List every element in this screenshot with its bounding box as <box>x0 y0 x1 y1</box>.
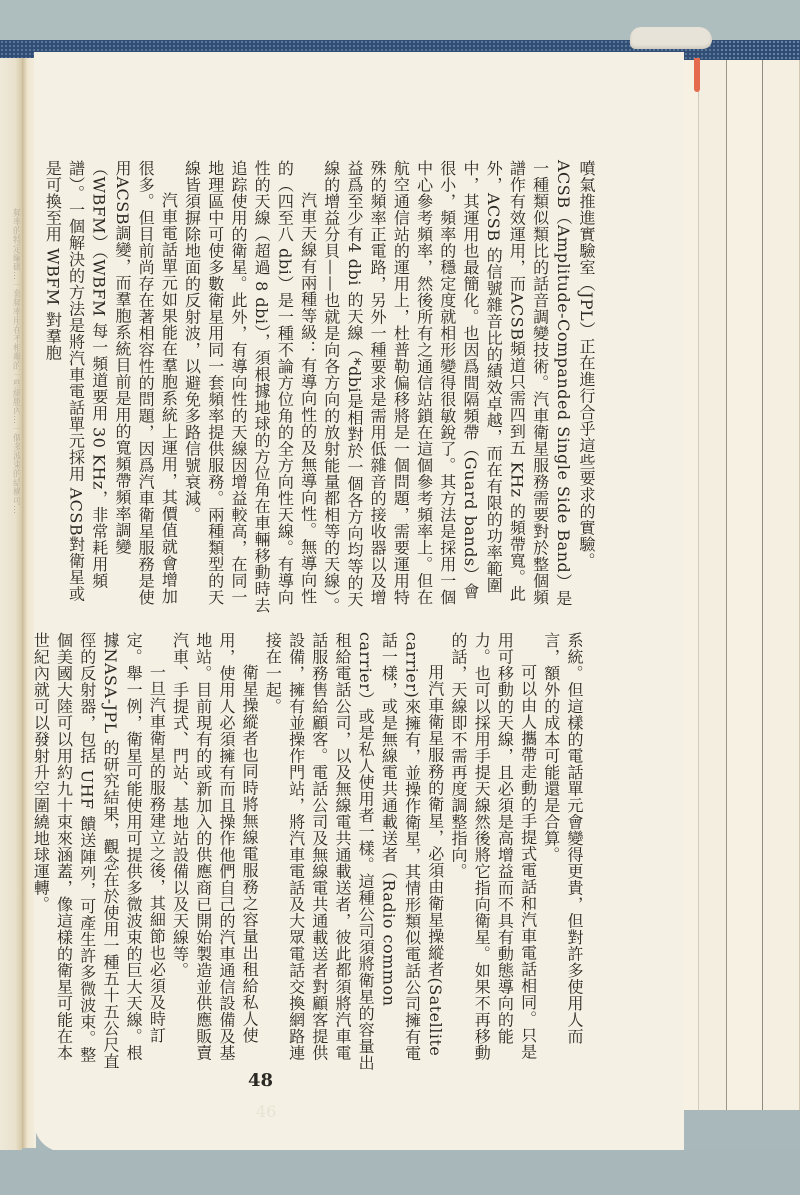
facing-page-edge: 頻率的特定編碼…一套頻率用在不相鄰的一些細胞內…一個多波束的結構可… <box>0 58 22 1158</box>
facing-page-text: 頻率的特定編碼…一套頻率用在不相鄰的一些細胞內…一個多波束的結構可… <box>2 208 20 1108</box>
bottom-text-block: 系統。但這樣的電話單元會變得更貴，但對許多使用人而言，額外的成本可能還是合算。 … <box>58 632 586 1072</box>
paragraph: 汽車電話單元如果能在羣胞系統上運用，其價值就會增加很多。但目前尚存在著相容性的問… <box>41 160 180 615</box>
show-through-page-number: 46 <box>256 1102 276 1121</box>
ribbon-bookmark <box>694 58 700 92</box>
paragraph: 系統。但這樣的電話單元會變得更貴，但對許多使用人而言，額外的成本可能還是合算。 <box>540 632 586 1072</box>
paragraph: 衛星操縱者也同時將無線電服務之容量出租給私人使用，使用人必須擁有而且操作他們自己… <box>168 632 261 1072</box>
page-number: 48 <box>248 1070 273 1091</box>
paragraph: 可以由人攜帶走動的手提式電話和汽車電話相同。只是用可移動的天線，且必須是高增益而… <box>447 632 540 1072</box>
paragraph: 噴氣推進實驗室（JPL）正在進行合乎這些要求的實驗。ACSB（Amplitude… <box>320 160 598 615</box>
paragraph: 汽車天線有兩種等級：有導向性的及無導向性。無導向性的（四至八 dbi）是一種不論… <box>180 160 319 615</box>
top-text-block: 噴氣推進實驗室（JPL）正在進行合乎這些要求的實驗。ACSB（Amplitude… <box>58 160 598 615</box>
book-headband <box>630 27 712 49</box>
page-stack-edges <box>684 60 800 1110</box>
paragraph: 用汽車衛星服務的衛星，必須由衛星操縱者(Satellite carrier)來擁… <box>261 632 447 1072</box>
paragraph: 一旦汽車衛星的服務建立之後，其細節也必須及時訂定。舉一例，衛星可能使用可提供多微… <box>29 632 168 1072</box>
backdrop-bottom <box>0 1150 800 1195</box>
